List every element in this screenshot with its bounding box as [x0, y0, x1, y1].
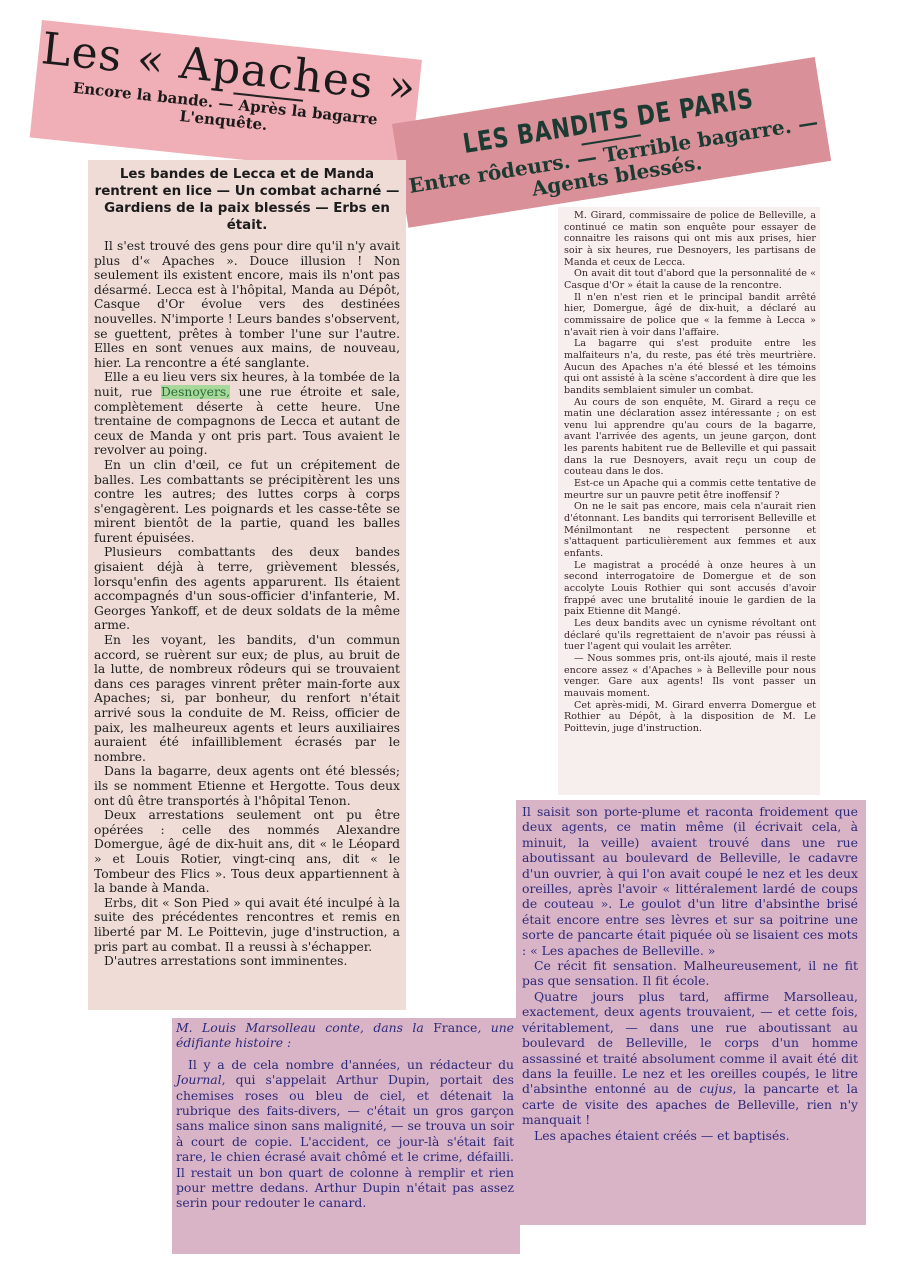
headline-les-apaches: Les « Apaches » Encore la bande. — Après…: [30, 20, 422, 177]
article-paragraph: Il y a de cela nombre d'années, un rédac…: [176, 1057, 514, 1211]
article-paragraph: Elle a eu lieu vers six heures, à la tom…: [94, 370, 400, 458]
article-paragraph: Cet après-midi, M. Girard enverra Domerg…: [564, 700, 816, 735]
article-paragraph: Les apaches étaient créés — et baptisés.: [522, 1128, 858, 1143]
text-run: Il y a de cela nombre d'années, un rédac…: [188, 1057, 514, 1072]
article-paragraph: Dans la bagarre, deux agents ont été ble…: [94, 764, 400, 808]
article-paragraph: D'autres arrestations sont imminentes.: [94, 954, 400, 969]
italic-latin-term: cujus: [700, 1081, 733, 1096]
article-intro: M. Louis Marsolleau conte, dans la Franc…: [176, 1020, 514, 1051]
article-paragraph: On ne le sait pas encore, mais cela n'au…: [564, 501, 816, 559]
article-paragraph: Deux arrestations seulement ont pu être …: [94, 808, 400, 896]
headline-bandits-de-paris: LES BANDITS DE PARIS Entre rôdeurs. — Te…: [392, 57, 831, 228]
article-paragraph: M. Girard, commissaire de police de Bell…: [564, 210, 816, 268]
article-paragraph: Au cours de son enquête, M. Girard a reç…: [564, 397, 816, 479]
article-girard-enquete: M. Girard, commissaire de police de Bell…: [558, 207, 820, 795]
highlighted-street-name: Desnoyers,: [161, 385, 230, 399]
article-paragraph: Ce récit fit sensation. Malheureusement,…: [522, 958, 858, 989]
article-paragraph: En les voyant, les bandits, d'un commun …: [94, 633, 400, 764]
article-dek: Les bandes de Lecca et de Manda rentrent…: [94, 166, 400, 234]
article-paragraph: Erbs, dit « Son Pied » qui avait été inc…: [94, 896, 400, 954]
article-paragraph: Est-ce un Apache qui a commis cette tent…: [564, 478, 816, 501]
article-paragraph: La bagarre qui s'est produite entre les …: [564, 338, 816, 396]
text-run: M. Louis Marsolleau conte, dans la: [176, 1020, 433, 1035]
text-run: Quatre jours plus tard, affirme Marsolle…: [522, 989, 858, 1096]
article-paragraph: Il n'en n'est rien et le principal bandi…: [564, 292, 816, 339]
article-paragraph: Plusieurs combattants des deux bandes gi…: [94, 545, 400, 633]
newspaper-name: Journal: [176, 1072, 222, 1087]
article-paragraph: Le magistrat a procédé à onze heures à u…: [564, 560, 816, 618]
article-paragraph: Il s'est trouvé des gens pour dire qu'il…: [94, 239, 400, 370]
article-lecca-manda: Les bandes de Lecca et de Manda rentrent…: [88, 160, 406, 1010]
text-run: , qui s'appelait Arthur Dupin, portait d…: [176, 1072, 514, 1210]
article-paragraph: Quatre jours plus tard, affirme Marsolle…: [522, 989, 858, 1128]
article-marsolleau-intro: M. Louis Marsolleau conte, dans la Franc…: [172, 1018, 520, 1254]
newspaper-name: France: [433, 1020, 477, 1035]
article-marsolleau-continuation: Il saisit son porte-plume et raconta fro…: [516, 800, 866, 1225]
article-paragraph: — Nous sommes pris, ont-ils ajouté, mais…: [564, 653, 816, 700]
article-paragraph: Les deux bandits avec un cynisme révolta…: [564, 618, 816, 653]
article-paragraph: En un clin d'œil, ce fut un crépitement …: [94, 458, 400, 546]
article-paragraph: Il saisit son porte-plume et raconta fro…: [522, 804, 858, 958]
article-paragraph: On avait dit tout d'abord que la personn…: [564, 268, 816, 291]
